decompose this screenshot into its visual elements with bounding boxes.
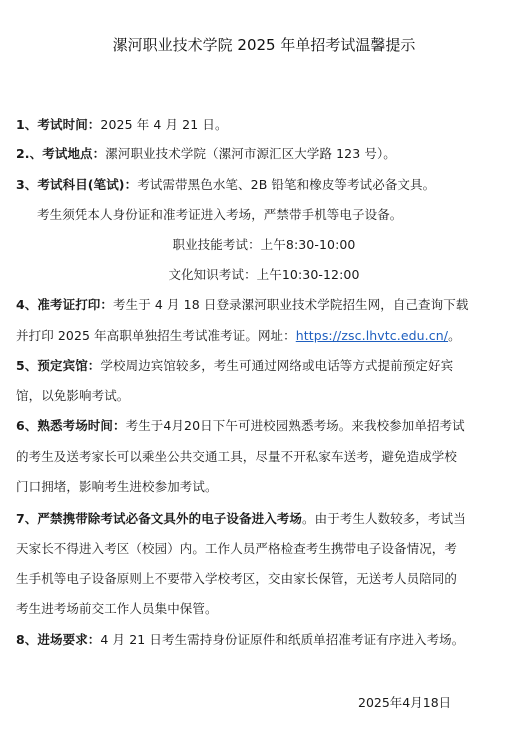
item-text: 考生于 4 月 18 日登录漯河职业技术学院招生网，自己查询下载 (113, 297, 468, 312)
item-8: 8、进场要求：4 月 21 日考生需持身份证原件和纸质单招准考证有序进入考场。 (16, 632, 518, 648)
item-text: 学校周边宾馆较多，考生可通过网络或电话等方式提前预定好宾 (100, 358, 453, 373)
item-text: 漯河职业技术学院（漯河市源汇区大学路 123 号）。 (105, 146, 396, 161)
item-label: 7、严禁携带除考试必备文具外的电子设备进入考场 (16, 511, 302, 526)
item-label: 8、进场要求： (16, 632, 100, 647)
item-text: 并打印 2025 年高职单独招生考试准考证。网址： (16, 328, 296, 343)
item-6-line3: 门口拥堵，影响考生进校参加考试。 (16, 479, 518, 495)
schedule-skills: 职业技能考试：上午8:30-10:00 (0, 237, 528, 253)
item-label: 6、熟悉考场时间： (16, 418, 126, 433)
item-5-line2: 馆，以免影响考试。 (16, 388, 518, 404)
item-5: 5、预定宾馆：学校周边宾馆较多，考生可通过网络或电话等方式提前预定好宾 (16, 358, 518, 374)
item-3-extra: 考生须凭本人身份证和准考证进入考场，严禁带手机等电子设备。 (37, 207, 518, 223)
item-7: 7、严禁携带除考试必备文具外的电子设备进入考场。由于考生人数较多，考试当 (16, 511, 518, 527)
item-6-line2: 的考生及送考家长可以乘坐公共交通工具，尽量不开私家车送考，避免造成学校 (16, 449, 518, 465)
schedule-culture: 文化知识考试：上午10:30-12:00 (0, 267, 528, 283)
item-text: 考试需带黑色水笔、2B 铅笔和橡皮等考试必备文具。 (137, 177, 435, 192)
document-title: 漯河职业技术学院 2025 年单招考试温馨提示 (0, 34, 528, 55)
item-label: 2.、考试地点： (16, 146, 105, 161)
item-7-line4: 考生进考场前交工作人员集中保管。 (16, 601, 518, 617)
item-6: 6、熟悉考场时间：考生于4月20日下午可进校园熟悉考场。来我校参加单招考试 (16, 418, 518, 434)
item-text: 2025 年 4 月 21 日。 (100, 117, 227, 132)
item-4-line2: 并打印 2025 年高职单独招生考试准考证。网址：https://zsc.lhv… (16, 328, 518, 344)
item-label: 4、准考证打印： (16, 297, 113, 312)
item-1: 1、考试时间：2025 年 4 月 21 日。 (16, 117, 518, 133)
item-text: 。由于考生人数较多，考试当 (302, 511, 466, 526)
item-7-line2: 天家长不得进入考区（校园）内。工作人员严格检查考生携带电子设备情况，考 (16, 541, 518, 557)
item-text: 考生于4月20日下午可进校园熟悉考场。来我校参加单招考试 (126, 418, 465, 433)
item-label: 3、考试科目(笔试)： (16, 177, 137, 192)
item-label: 1、考试时间： (16, 117, 100, 132)
item-text: 4 月 21 日考生需持身份证原件和纸质单招准考证有序进入考场。 (100, 632, 464, 647)
item-3: 3、考试科目(笔试)：考试需带黑色水笔、2B 铅笔和橡皮等考试必备文具。 (16, 177, 518, 193)
admission-website-link[interactable]: https://zsc.lhvtc.edu.cn/ (296, 328, 448, 343)
signature-date: 2025年4月18日 (358, 693, 451, 711)
item-2: 2.、考试地点：漯河职业技术学院（漯河市源汇区大学路 123 号）。 (16, 146, 518, 162)
item-7-line3: 生手机等电子设备原则上不要带入学校考区，交由家长保管，无送考人员陪同的 (16, 571, 518, 587)
item-4: 4、准考证打印：考生于 4 月 18 日登录漯河职业技术学院招生网，自己查询下载 (16, 297, 518, 313)
item-label: 5、预定宾馆： (16, 358, 100, 373)
item-tail: 。 (448, 328, 461, 343)
